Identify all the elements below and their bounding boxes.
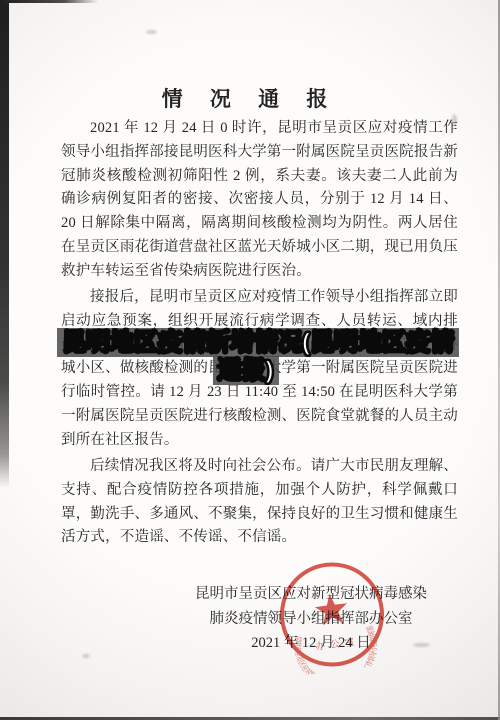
star-icon [313,592,349,627]
notice-title: 情 况 通 报 [0,83,500,113]
headline-line-1: 昆明地区疫情新增情况(昆明地区疫情 [57,328,459,357]
paper-edge-left [0,0,9,488]
notice-paragraph-3: 后续情况我区将及时向社会公布。请广大市民朋友理解、支持、配合疫情防控各项措施，加… [61,455,458,550]
scan-smudge [82,654,90,658]
headline-overlay: 昆明地区疫情新增情况(昆明地区疫情 通报) [57,329,434,384]
scan-smudge [146,30,157,34]
headline-line-2: 通报) [213,356,279,385]
notice-paragraph-1: 2021 年 12 月 24 日 0 时许，昆明市呈贡区应对疫情工作领导小组指挥… [61,117,458,284]
paper-edge-bottom [0,717,500,720]
seal-bottom-text: 办 公 室 [315,636,357,653]
official-seal-stamp: 昆明市呈贡区应对新型冠状病毒感染肺炎疫情工作领导小组指挥部 办 公 室 [270,552,395,678]
screenshot-root: 情 况 通 报 2021 年 12 月 24 日 0 时许，昆明市呈贡区应对疫情… [0,0,500,720]
paper-edge-top [0,0,98,3]
